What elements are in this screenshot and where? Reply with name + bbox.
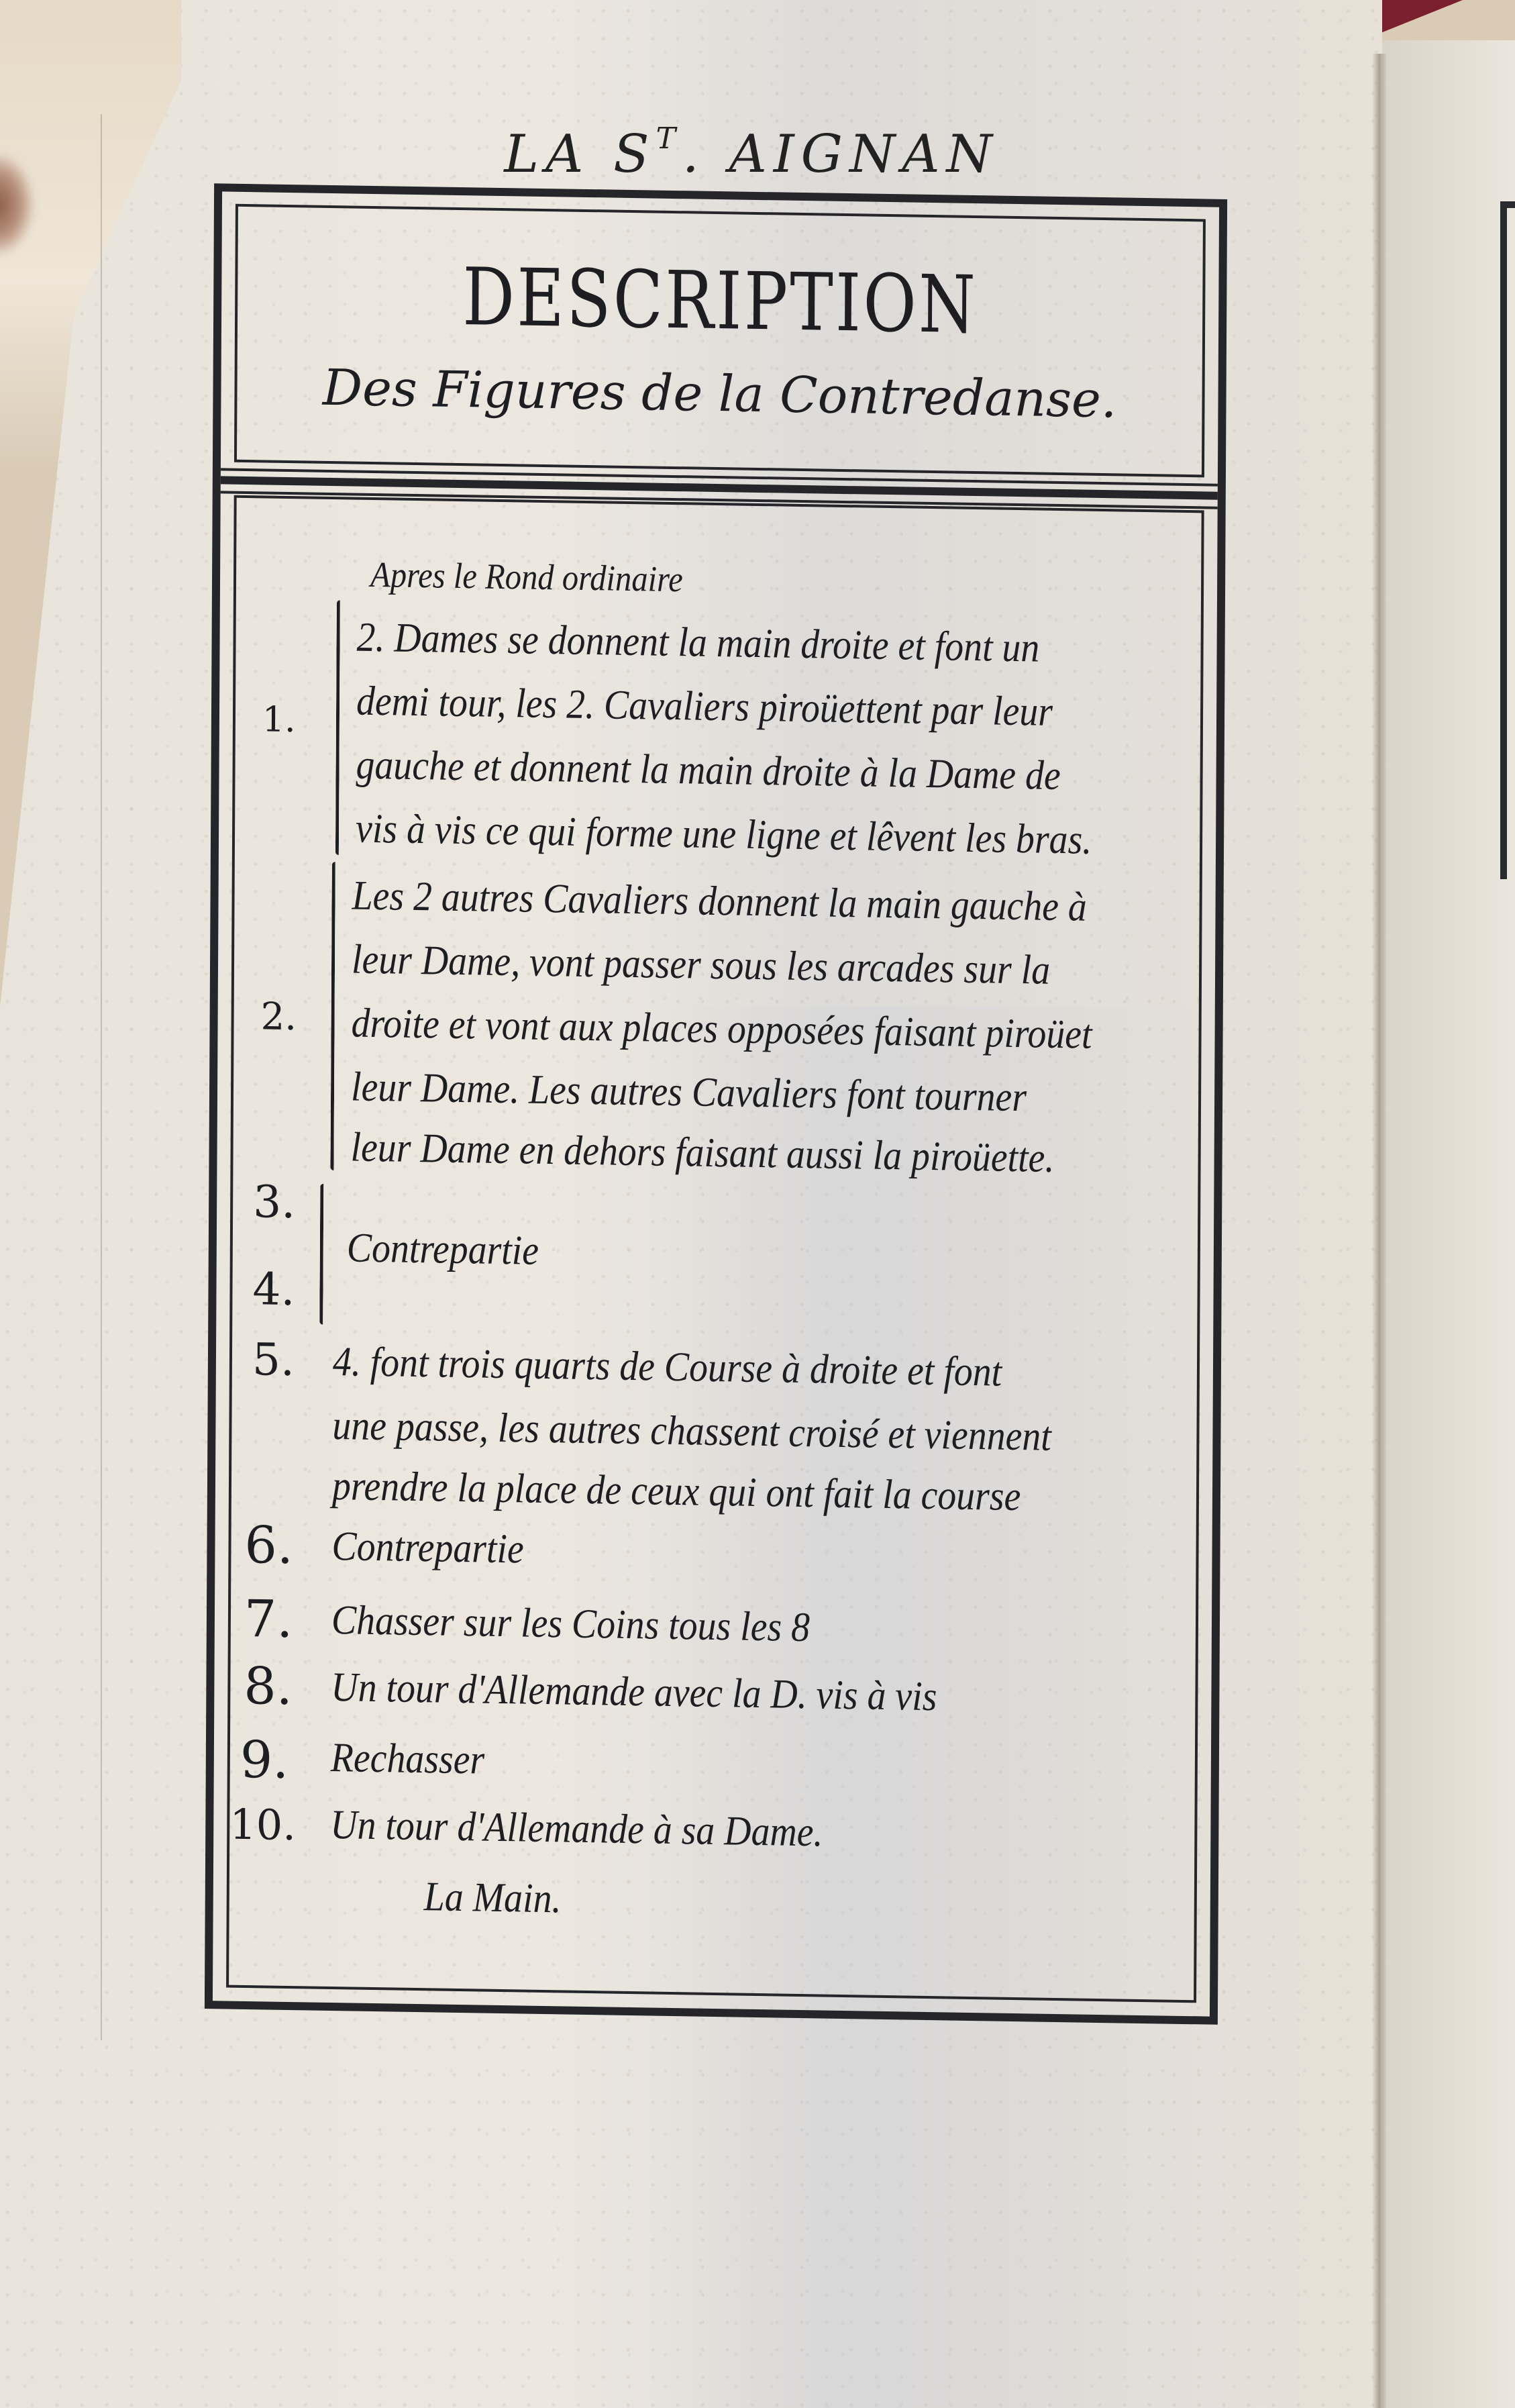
figure-number-6: 6. [244,1515,293,1575]
figure-5-line: une passe, les autres chassent croisé et… [332,1402,1051,1461]
figure-list: Apres le Rond ordinaire 1. 2. Dames se d… [236,538,1201,554]
running-head-prefix: LA S [504,124,656,185]
figure-2-line: leur Dame. Les autres Cavaliers font tou… [351,1063,1027,1121]
right-page-frame-edge [1500,201,1515,879]
running-head: LA ST. AIGNAN [456,124,1047,185]
brace-figure-1 [335,600,340,855]
figure-number-1: 1. [262,699,296,740]
figure-2-line: Les 2 autres Cavaliers donnent la main g… [352,872,1087,931]
brace-figure-2 [330,862,335,1170]
book-gutter [1372,54,1387,2408]
closing-text: La Main. [424,1873,562,1923]
figures-panel: Apres le Rond ordinaire 1. 2. Dames se d… [226,495,1204,2003]
figure-number-10: 10. [229,1800,296,1850]
figure-7-line: Chasser sur les Coins tous les 8 [331,1597,810,1652]
figure-5-line: 4. font trois quarts de Course à droite … [333,1338,1002,1397]
engraved-frame: DESCRIPTION Des Figures de la Contredans… [205,183,1227,2025]
brace-figures-3-4 [319,1184,323,1325]
page-subtitle: Des Figures de la Contredanse. [237,358,1202,431]
figure-1-line: gauche et donnent la main droite à la Da… [356,742,1061,800]
page-title: DESCRIPTION [324,248,1116,354]
figure-number-5: 5. [252,1334,295,1386]
figure-number-9: 9. [240,1729,289,1790]
figure-9-line: Rechasser [331,1734,485,1785]
running-head-superscript: T [656,121,682,156]
intro-text: Apres le Rond ordinaire [370,554,683,600]
figure-2-line: droite et vont aux places opposées faisa… [351,999,1092,1058]
figure-1-line: vis à vis ce qui forme une ligne et lêve… [356,805,1092,864]
right-page [1382,40,1515,2408]
figure-number-3: 3. [253,1176,295,1228]
figure-2-line: leur Dame en dehors faisant aussi la pir… [350,1123,1054,1182]
figure-number-4: 4. [252,1263,295,1315]
figure-6-line: Contrepartie [331,1523,524,1573]
figure-8-line: Un tour d'Allemande avec la D. vis à vis [331,1664,937,1721]
figure-5-line: prendre la place de ceux qui ont fait la… [332,1462,1021,1521]
figure-2-line: leur Dame, vont passer sous les arcades … [352,936,1050,994]
figure-number-8: 8. [244,1656,293,1716]
running-head-suffix: . AIGNAN [682,124,999,185]
figure-10-line: Un tour d'Allemande à sa Dame. [330,1801,823,1857]
figure-1-line: demi tour, les 2. Cavaliers piroüettent … [356,678,1053,736]
figure-number-7: 7. [244,1589,293,1649]
figure-number-2: 2. [260,995,297,1039]
figures-3-4-text: Contrepartie [347,1224,539,1274]
title-panel: DESCRIPTION Des Figures de la Contredans… [234,204,1206,478]
figure-1-line: 2. Dames se donnent la main droite et fo… [356,614,1039,672]
